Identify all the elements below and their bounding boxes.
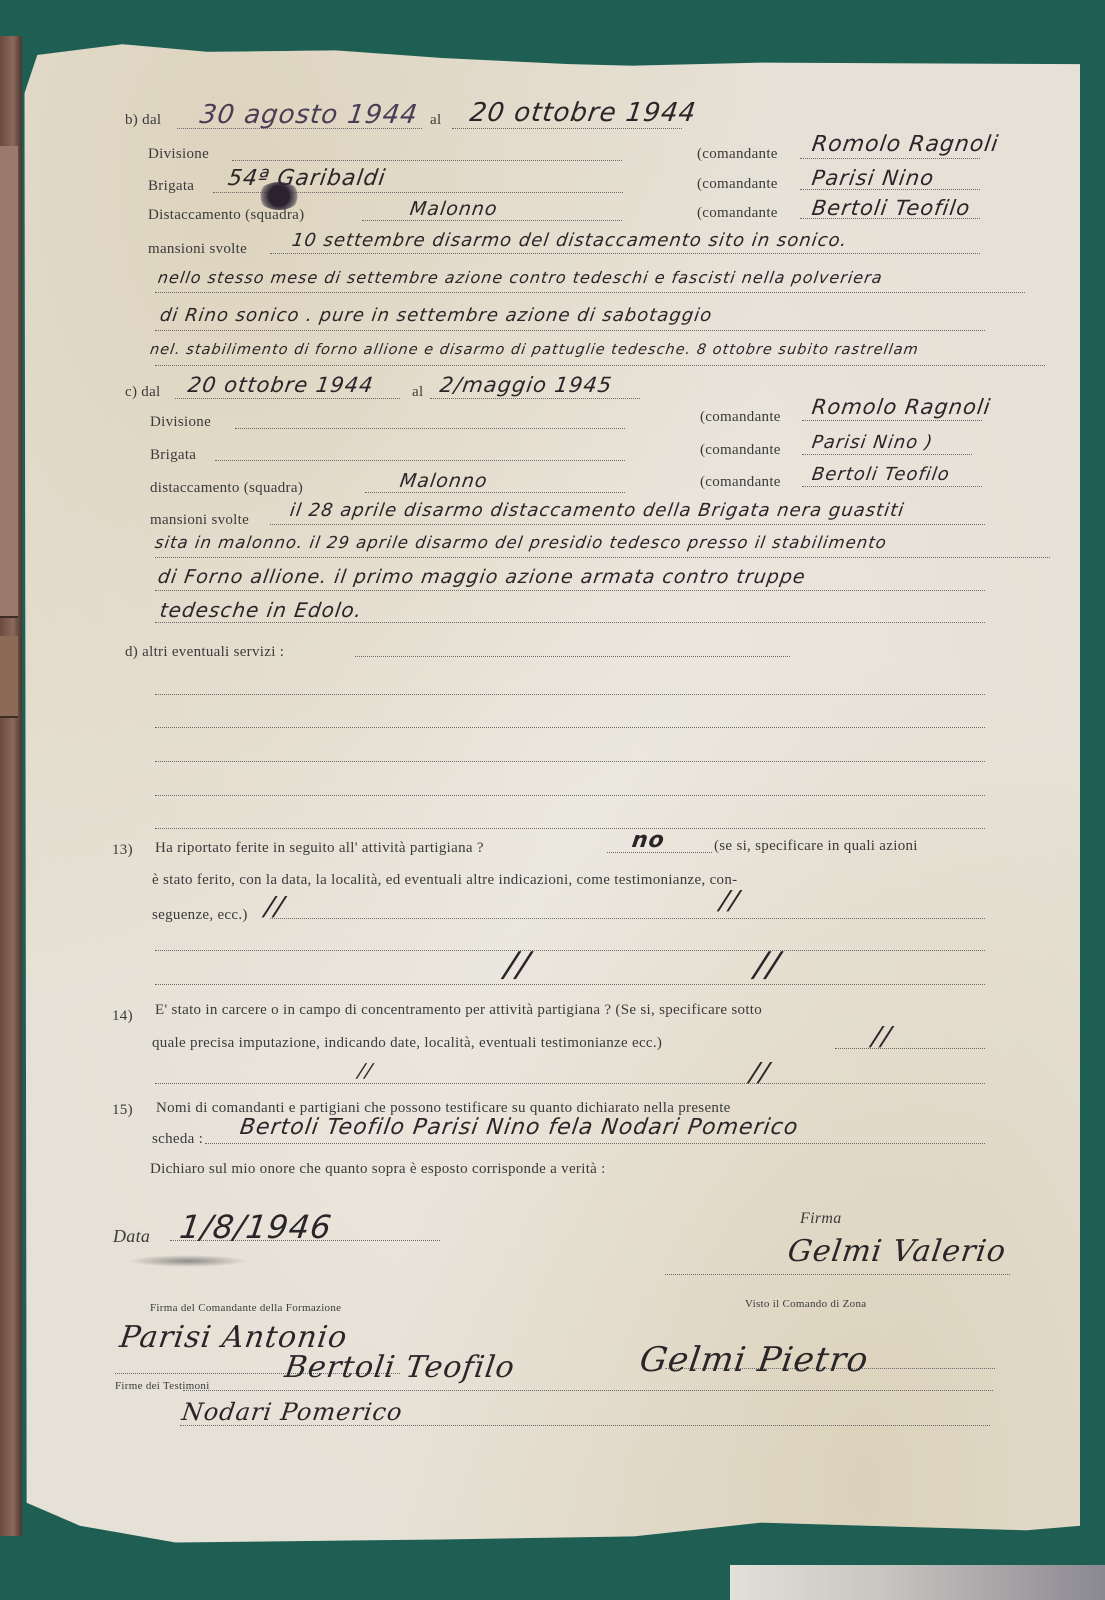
section-c-div-cmd-value: Romolo Ragnoli xyxy=(810,395,992,419)
visto-comando-zona-label: Visto il Comando di Zona xyxy=(745,1298,866,1310)
data-value: 1/8/1946 xyxy=(177,1208,334,1246)
section-d-label: d) altri eventuali servizi : xyxy=(125,644,284,661)
q13-mark: // xyxy=(263,892,287,922)
declaration-text: Dichiaro sul mio onore che quanto sopra … xyxy=(150,1161,606,1178)
section-b-brig-cmd-label: (comandante xyxy=(697,176,778,193)
section-c-mansioni-line: tedesche in Edolo. xyxy=(158,598,364,622)
q13-text: Ha riportato ferite in seguito all' atti… xyxy=(155,840,484,857)
ink-smudge xyxy=(128,1255,248,1267)
section-b-brig-cmd-value: Parisi Nino xyxy=(810,166,936,190)
section-b-mansioni-line: 10 settembre disarmo del distaccamento s… xyxy=(291,230,849,251)
q13-number: 13) xyxy=(112,842,133,859)
form-content: b) dal 30 agosto 1944 al 20 ottobre 1944… xyxy=(0,0,1105,1600)
section-c-mansioni-line: di Forno allione. il primo maggio azione… xyxy=(156,566,807,588)
q13-mark: // xyxy=(502,945,533,985)
q13-text: seguenze, ecc.) xyxy=(152,907,248,924)
section-c-dist-cmd-value: Bertoli Teofilo xyxy=(811,464,952,485)
section-b-to-label: al xyxy=(430,112,441,129)
q14-mark: // xyxy=(748,1058,772,1088)
data-label: Data xyxy=(113,1226,150,1247)
section-b-brigata-label: Brigata xyxy=(148,178,194,195)
section-b-dist-cmd-label: (comandante xyxy=(697,205,778,222)
section-b-distaccamento-value: Malonno xyxy=(408,198,499,220)
q14-text: E' stato in carcere o in campo di concen… xyxy=(155,1002,762,1019)
section-c-to: 2/maggio 1945 xyxy=(438,373,614,397)
q14-answer: // xyxy=(870,1022,894,1052)
testimone-signature: Gelmi Pietro xyxy=(637,1340,871,1380)
section-b-mansioni-line: nello stesso mese di settembre azione co… xyxy=(157,268,884,287)
section-b-div-cmd-label: (comandante xyxy=(697,146,778,163)
q13-text: è stato ferito, con la data, la località… xyxy=(152,872,737,889)
q15-answer: Bertoli Teofilo Parisi Nino fela Nodari … xyxy=(238,1115,800,1140)
section-c-mansioni-label: mansioni svolte xyxy=(150,512,249,529)
section-b-distaccamento-label: Distaccamento (squadra) xyxy=(148,207,304,224)
q13-mark: // xyxy=(718,886,742,916)
section-b-brigata-value: 54ª Garibaldi xyxy=(226,166,387,191)
q15-number: 15) xyxy=(112,1102,133,1119)
section-c-distaccamento-value: Malonno xyxy=(398,470,489,492)
section-b-from: 30 agosto 1944 xyxy=(198,100,420,130)
section-c-brig-cmd-label: (comandante xyxy=(700,442,781,459)
section-b-mansioni-line: nel. stabilimento di forno allione e dis… xyxy=(149,342,920,358)
section-c-distaccamento-label: distaccamento (squadra) xyxy=(150,480,303,497)
q13-mark: // xyxy=(752,945,783,985)
testimone-signature: Bertoli Teofilo xyxy=(283,1350,518,1385)
section-b-mansioni-line: di Rino sonico . pure in settembre azion… xyxy=(159,305,714,326)
section-b-to: 20 ottobre 1944 xyxy=(468,98,698,128)
section-c-mansioni-line: sita in malonno. il 29 aprile disarmo de… xyxy=(154,533,889,552)
testimone-signature: Nodari Pomerico xyxy=(180,1398,404,1426)
section-b-div-cmd-value: Romolo Ragnoli xyxy=(810,132,1000,157)
q14-text: quale precisa imputazione, indicando dat… xyxy=(152,1035,662,1052)
section-c-to-label: al xyxy=(412,384,423,401)
section-b-mansioni-label: mansioni svolte xyxy=(148,241,247,258)
firma-label: Firma xyxy=(800,1210,842,1228)
section-b-divisione-label: Divisione xyxy=(148,146,209,163)
q13-text: (se si, specificare in quali azioni xyxy=(714,838,918,855)
section-c-brigata-label: Brigata xyxy=(150,447,196,464)
comandante-formazione-label: Firma del Comandante della Formazione xyxy=(150,1302,341,1314)
ink-blot xyxy=(258,182,300,210)
section-c-mansioni-line: il 28 aprile disarmo distaccamento della… xyxy=(289,500,906,521)
q13-answer: no xyxy=(630,828,666,853)
section-c-from: 20 ottobre 1944 xyxy=(186,373,375,397)
section-c-dist-cmd-label: (comandante xyxy=(700,474,781,491)
section-b-dist-cmd-value: Bertoli Teofilo xyxy=(810,196,972,220)
section-b-label: b) dal xyxy=(125,112,161,129)
section-c-div-cmd-label: (comandante xyxy=(700,409,781,426)
q15-text: scheda : xyxy=(152,1131,203,1148)
section-c-divisione-label: Divisione xyxy=(150,414,211,431)
section-c-brig-cmd-value: Parisi Nino ) xyxy=(811,432,935,453)
firma-signature: Gelmi Valerio xyxy=(786,1234,1009,1269)
section-c-label: c) dal xyxy=(125,384,161,401)
q14-mark: // xyxy=(356,1060,374,1082)
q14-number: 14) xyxy=(112,1008,133,1025)
